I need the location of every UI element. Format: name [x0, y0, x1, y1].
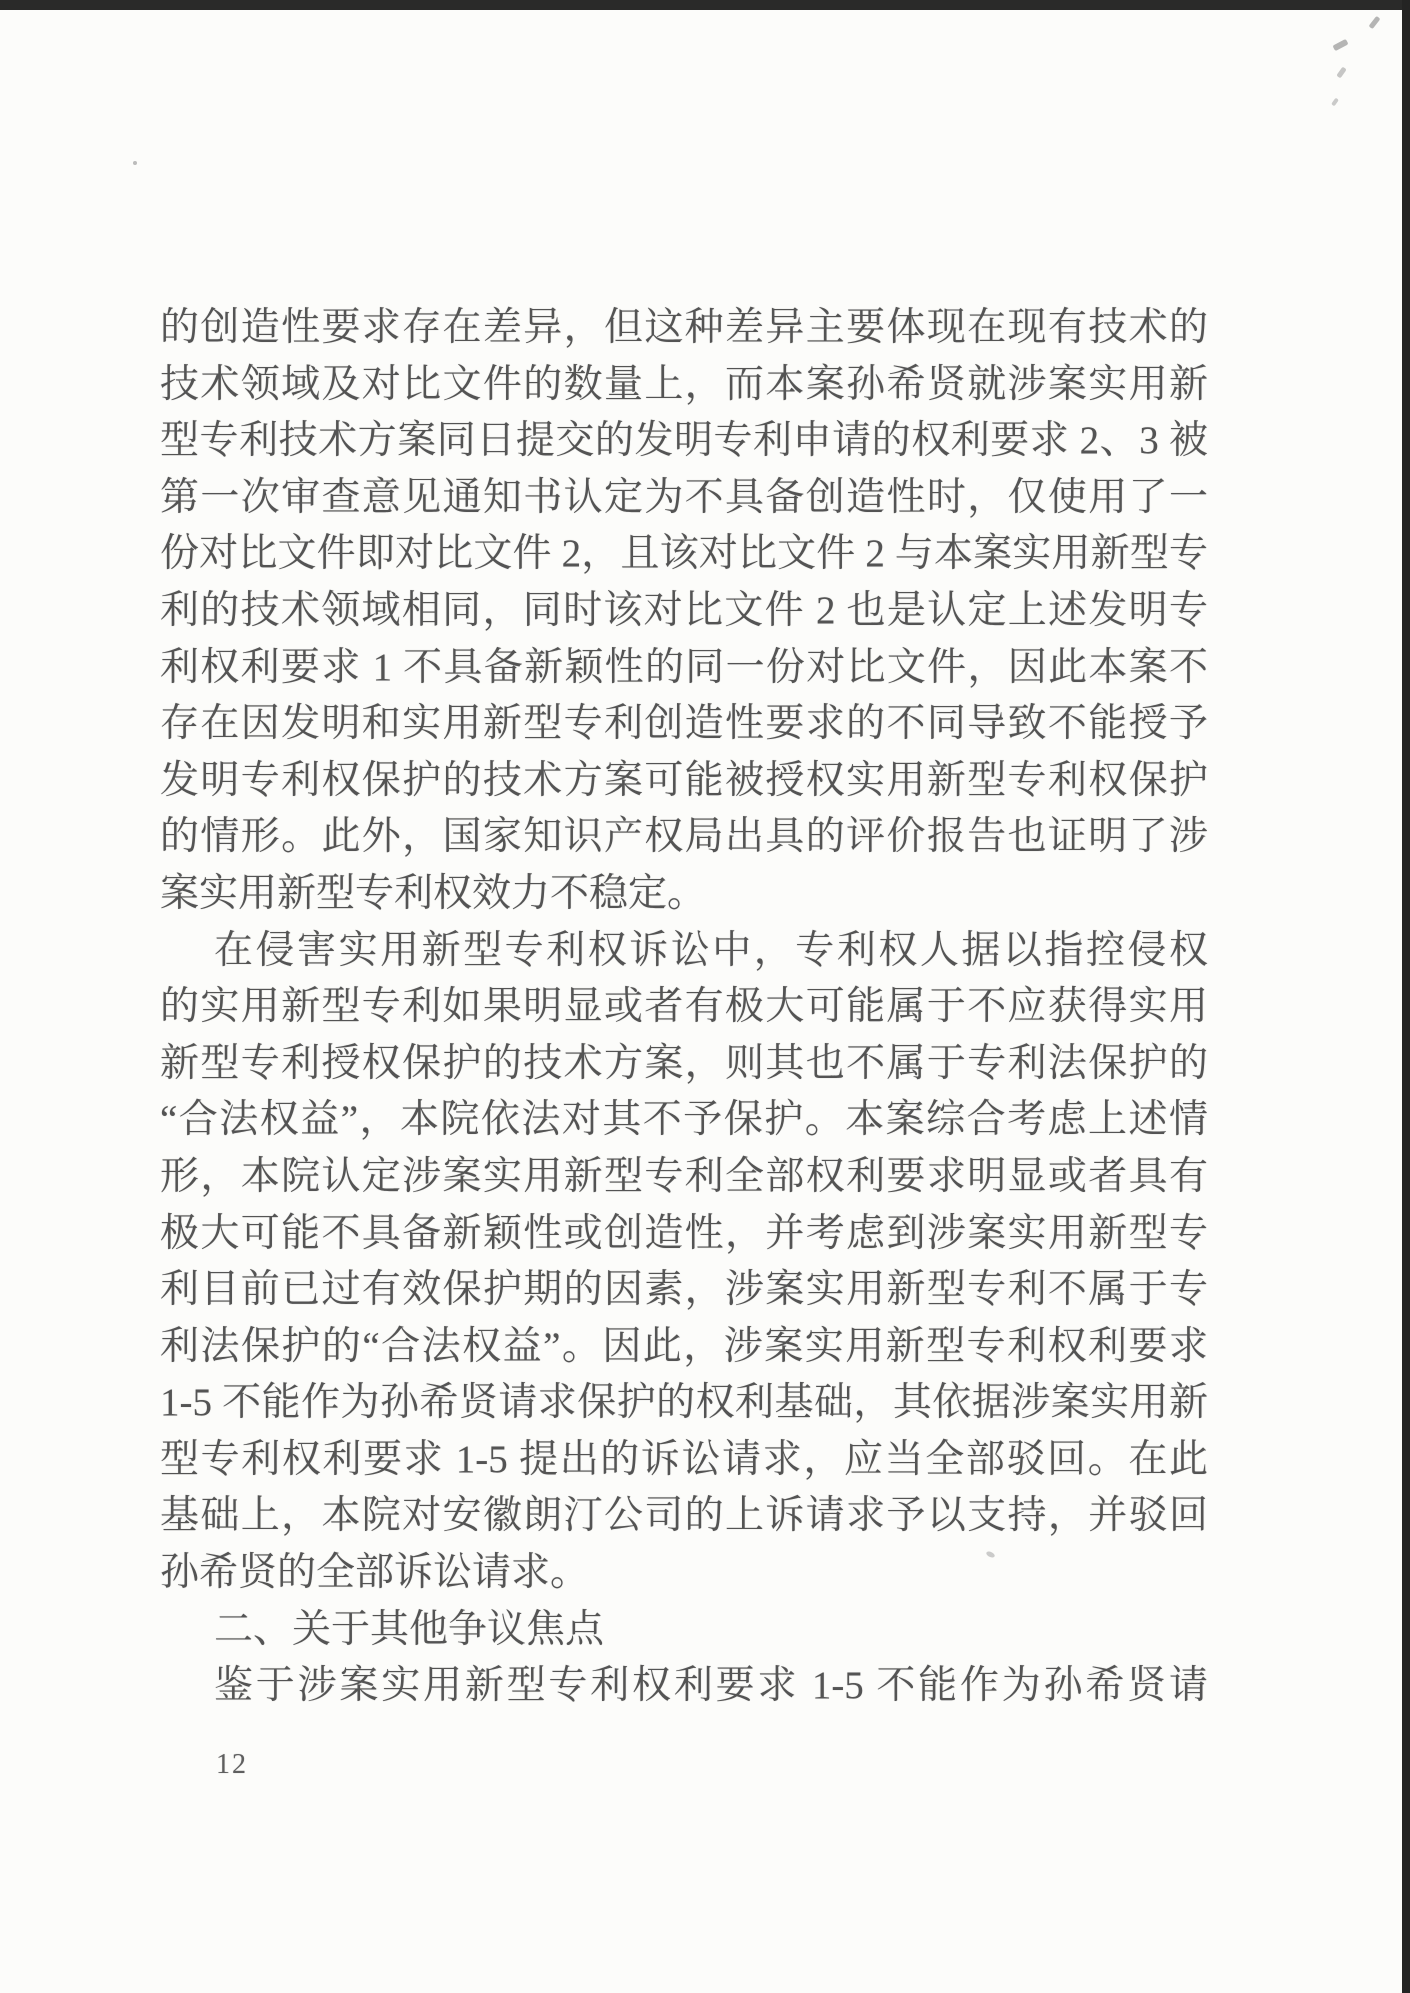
scan-smudge: [1336, 67, 1346, 79]
text-line: 基础上，本院对安徽朗汀公司的上诉请求予以支持，并驳回: [160, 1488, 1208, 1545]
text-line: 存在因发明和实用新型专利创造性要求的不同导致不能授予: [160, 696, 1208, 753]
text-line: 利目前已过有效保护期的因素，涉案实用新型专利不属于专: [160, 1262, 1208, 1319]
text-line: 利法保护的“合法权益”。因此，涉案实用新型专利权利要求: [160, 1319, 1208, 1376]
text-line: 形，本院认定涉案实用新型专利全部权利要求明显或者具有: [160, 1149, 1208, 1206]
text-line: 的实用新型专利如果明显或者有极大可能属于不应获得实用: [160, 979, 1208, 1036]
text-line: 利的技术领域相同，同时该对比文件 2 也是认定上述发明专: [160, 583, 1208, 640]
text-line paragraph-end: 孙希贤的全部诉讼请求。: [160, 1545, 1208, 1602]
text-line: 利权利要求 1 不具备新颖性的同一份对比文件，因此本案不: [160, 640, 1208, 697]
page-number: 12: [216, 1748, 248, 1782]
judgment-body-text: 的创造性要求存在差异，但这种差异主要体现在现有技术的 技术领域及对比文件的数量上…: [160, 300, 1208, 1715]
text-line: 份对比文件即对比文件 2，且该对比文件 2 与本案实用新型专: [160, 526, 1208, 583]
scan-dot-artifact: [133, 161, 137, 165]
text-line paragraph-start: 在侵害实用新型专利权诉讼中，专利权人据以指控侵权: [160, 923, 1208, 980]
text-line: “合法权益”，本院依法对其不予保护。本案综合考虑上述情: [160, 1092, 1208, 1149]
text-line paragraph-end: 案实用新型专利权效力不稳定。: [160, 866, 1208, 923]
scan-right-border: [1402, 0, 1410, 1993]
text-line: 极大可能不具备新颖性或创造性，并考虑到涉案实用新型专: [160, 1206, 1208, 1263]
scanned-document-page: 的创造性要求存在差异，但这种差异主要体现在现有技术的 技术领域及对比文件的数量上…: [0, 0, 1410, 1993]
scan-top-border: [0, 0, 1410, 10]
scan-smudge: [1369, 16, 1381, 29]
section-heading: 二、关于其他争议焦点: [160, 1602, 1208, 1659]
text-line: 型专利技术方案同日提交的发明专利申请的权利要求 2、3 被: [160, 413, 1208, 470]
text-line: 新型专利授权保护的技术方案，则其也不属于专利法保护的: [160, 1036, 1208, 1093]
scan-smudge: [1332, 39, 1348, 51]
text-line: 技术领域及对比文件的数量上，而本案孙希贤就涉案实用新: [160, 357, 1208, 414]
scan-smudge: [1331, 98, 1339, 107]
text-line: 的情形。此外，国家知识产权局出具的评价报告也证明了涉: [160, 809, 1208, 866]
text-line: 的创造性要求存在差异，但这种差异主要体现在现有技术的: [160, 300, 1208, 357]
text-line: 发明专利权保护的技术方案可能被授权实用新型专利权保护: [160, 753, 1208, 810]
text-line: 第一次审查意见通知书认定为不具备创造性时，仅使用了一: [160, 470, 1208, 527]
text-line: 1-5 不能作为孙希贤请求保护的权利基础，其依据涉案实用新: [160, 1375, 1208, 1432]
text-line: 型专利权利要求 1-5 提出的诉讼请求，应当全部驳回。在此: [160, 1432, 1208, 1489]
text-line paragraph-start: 鉴于涉案实用新型专利权利要求 1-5 不能作为孙希贤请: [160, 1658, 1208, 1715]
